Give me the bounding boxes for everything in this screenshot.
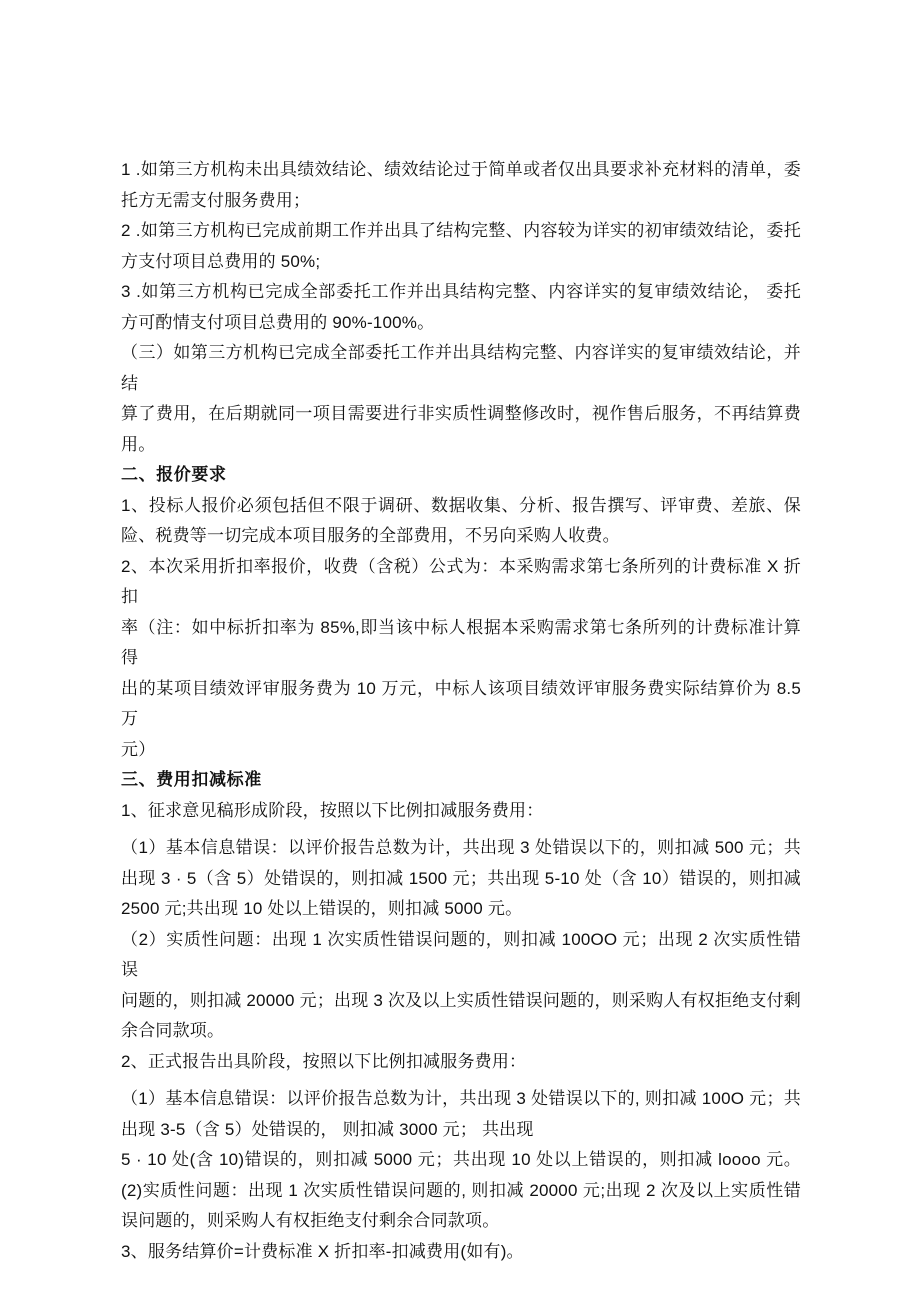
text-line: 3、服务结算价=计费标准 X 折扣率-扣减费用(如有)。 — [121, 1237, 801, 1268]
text-line: (2)实质性问题：出现 1 次实质性错误问题的, 则扣减 20000 元;出现 … — [121, 1176, 801, 1207]
text-line: 2、本次采用折扣率报价，收费（含税）公式为：本采购需求第七条所列的计费标准 X … — [121, 552, 801, 613]
section-heading: 三、费用扣减标准 — [121, 765, 801, 796]
text-line: 1、投标人报价必须包括但不限于调研、数据收集、分析、报告撰写、评审费、差旅、保 — [121, 491, 801, 522]
text-line: （1）基本信息错误：以评价报告总数为计，共出现 3 处错误以下的，则扣减 500… — [121, 833, 801, 864]
text-line: 出现 3 · 5（含 5）处错误的，则扣减 1500 元；共出现 5-10 处（… — [121, 864, 801, 895]
text-line: 出的某项目绩效评审服务费为 10 万元，中标人该项目绩效评审服务费实际结算价为 … — [121, 674, 801, 735]
text-line: 5 · 10 处(含 10)错误的，则扣减 5000 元；共出现 10 处以上错… — [121, 1145, 801, 1176]
paragraph: （三）如第三方机构已完成全部委托工作并出具结构完整、内容详实的复审绩效结论，并结… — [121, 338, 801, 460]
paragraph: 2、本次采用折扣率报价，收费（含税）公式为：本采购需求第七条所列的计费标准 X … — [121, 552, 801, 766]
paragraph: 2 .如第三方机构已完成前期工作并出具了结构完整、内容较为详实的初审绩效结论，委… — [121, 216, 801, 277]
text-line: 2500 元;共出现 10 处以上错误的，则扣减 5000 元。 — [121, 894, 801, 925]
text-line: 2、正式报告出具阶段，按照以下比例扣减服务费用： — [121, 1047, 801, 1078]
text-line: 1 .如第三方机构未出具绩效结论、绩效结论过于简单或者仅出具要求补充材料的清单，… — [121, 155, 801, 186]
text-line: （三）如第三方机构已完成全部委托工作并出具结构完整、内容详实的复审绩效结论，并结 — [121, 338, 801, 399]
text-line: 方可酌情支付项目总费用的 90%-100%。 — [121, 308, 801, 339]
document-page: 1 .如第三方机构未出具绩效结论、绩效结论过于简单或者仅出具要求补充材料的清单，… — [0, 0, 920, 1301]
text-line: 误问题的，则采购人有权拒绝支付剩余合同款项。 — [121, 1206, 801, 1237]
text-line: 三、费用扣减标准 — [121, 765, 801, 796]
section-heading: 二、报价要求 — [121, 460, 801, 491]
text-line: 率（注：如中标折扣率为 85%,即当该中标人根据本采购需求第七条所列的计费标准计… — [121, 613, 801, 674]
paragraph: (2)实质性问题：出现 1 次实质性错误问题的, 则扣减 20000 元;出现 … — [121, 1176, 801, 1237]
text-line: 3 .如第三方机构已完成全部委托工作并出具结构完整、内容详实的复审绩效结论， 委… — [121, 277, 801, 308]
text-line: 用。 — [121, 430, 801, 461]
text-line: 托方无需支付服务费用； — [121, 186, 801, 217]
text-line: （1）基本信息错误：以评价报告总数为计，共出现 3 处错误以下的, 则扣减 10… — [121, 1084, 801, 1115]
paragraph: 3、服务结算价=计费标准 X 折扣率-扣减费用(如有)。 — [121, 1237, 801, 1268]
text-line: 元） — [121, 735, 801, 766]
paragraph: （2）实质性问题：出现 1 次实质性错误问题的，则扣减 100OO 元；出现 2… — [121, 925, 801, 1047]
document-body: 1 .如第三方机构未出具绩效结论、绩效结论过于简单或者仅出具要求补充材料的清单，… — [121, 155, 801, 1267]
text-line: 1、征求意见稿形成阶段，按照以下比例扣减服务费用： — [121, 796, 801, 827]
text-line: 余合同款项。 — [121, 1016, 801, 1047]
text-line: 险、税费等一切完成本项目服务的全部费用，不另向采购人收费。 — [121, 521, 801, 552]
text-line: （2）实质性问题：出现 1 次实质性错误问题的，则扣减 100OO 元；出现 2… — [121, 925, 801, 986]
text-line: 出现 3-5（含 5）处错误的， 则扣减 3000 元； 共出现 — [121, 1115, 801, 1146]
text-line: 方支付项目总费用的 50%; — [121, 247, 801, 278]
paragraph: 1 .如第三方机构未出具绩效结论、绩效结论过于简单或者仅出具要求补充材料的清单，… — [121, 155, 801, 216]
text-line: 2 .如第三方机构已完成前期工作并出具了结构完整、内容较为详实的初审绩效结论，委… — [121, 216, 801, 247]
paragraph: 1、投标人报价必须包括但不限于调研、数据收集、分析、报告撰写、评审费、差旅、保险… — [121, 491, 801, 552]
paragraph: 2、正式报告出具阶段，按照以下比例扣减服务费用： — [121, 1047, 801, 1078]
text-line: 二、报价要求 — [121, 460, 801, 491]
paragraph: 1、征求意见稿形成阶段，按照以下比例扣减服务费用： — [121, 796, 801, 827]
paragraph: 3 .如第三方机构已完成全部委托工作并出具结构完整、内容详实的复审绩效结论， 委… — [121, 277, 801, 338]
text-line: 算了费用，在后期就同一项目需要进行非实质性调整修改时，视作售后服务，不再结算费 — [121, 399, 801, 430]
paragraph: （1）基本信息错误：以评价报告总数为计，共出现 3 处错误以下的, 则扣减 10… — [121, 1084, 801, 1176]
paragraph: （1）基本信息错误：以评价报告总数为计，共出现 3 处错误以下的，则扣减 500… — [121, 833, 801, 925]
text-line: 问题的，则扣减 20000 元；出现 3 次及以上实质性错误问题的，则采购人有权… — [121, 986, 801, 1017]
